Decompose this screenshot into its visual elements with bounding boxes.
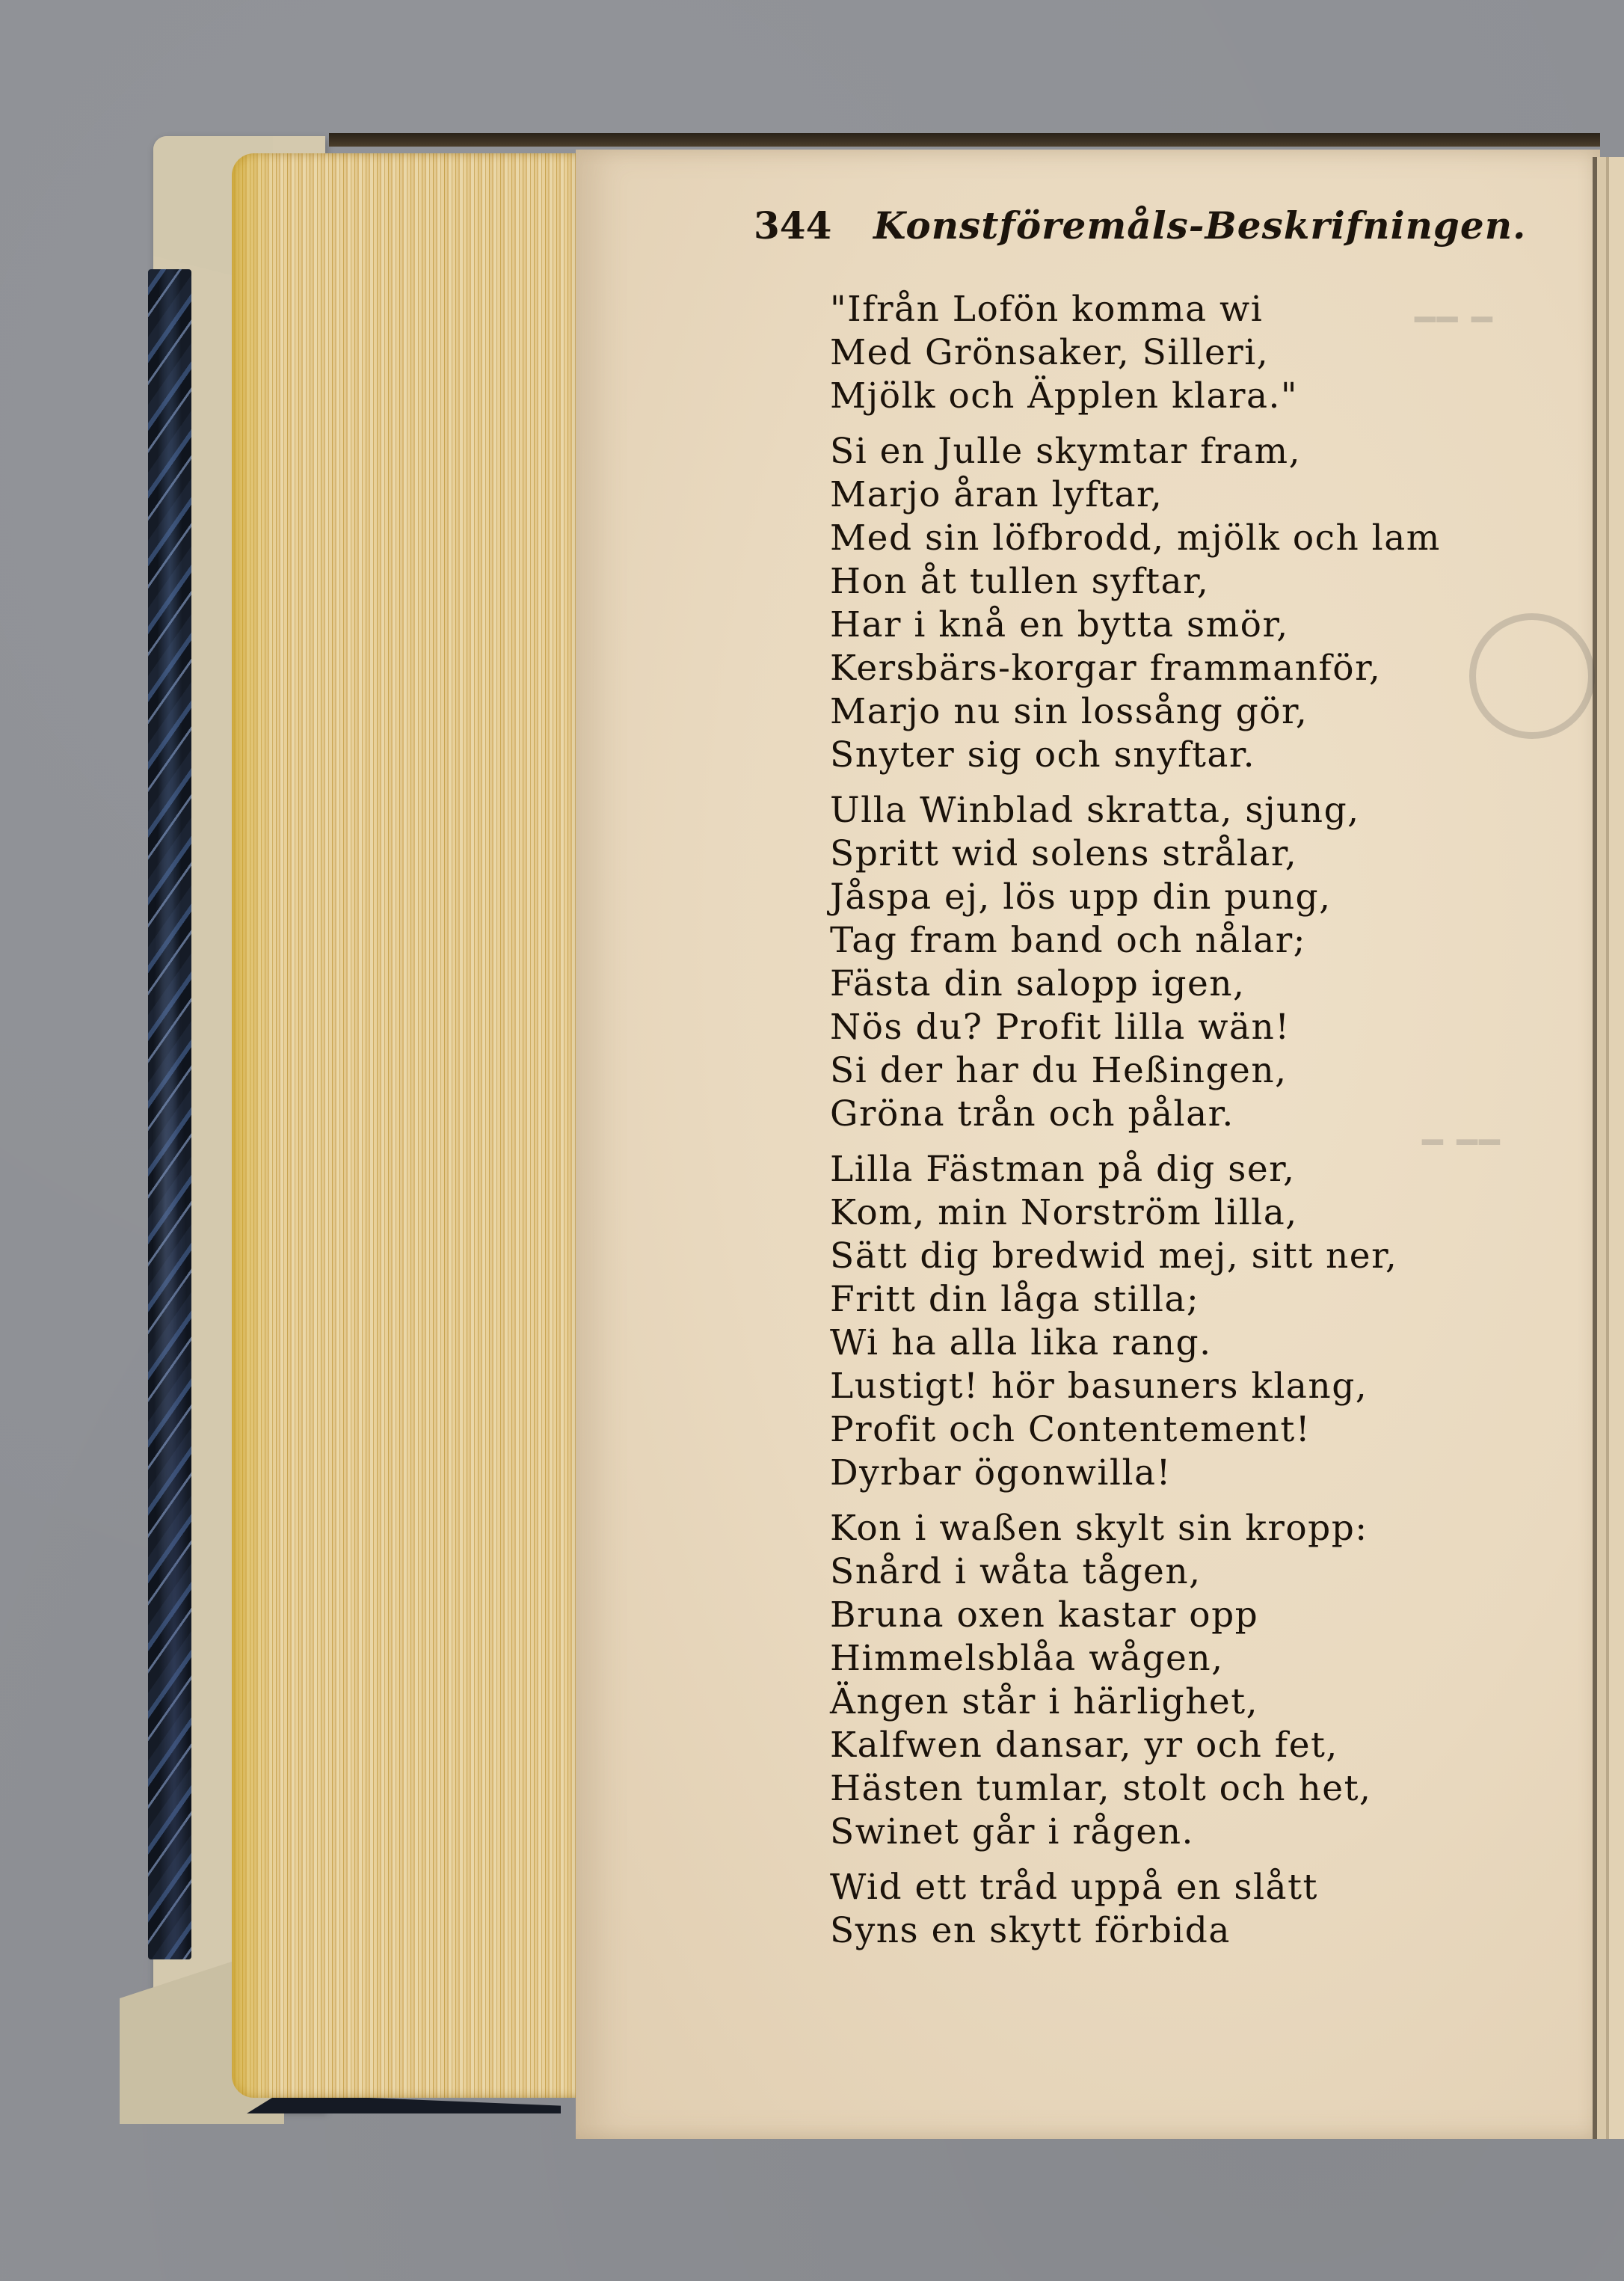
running-title: Konstföremåls-Beskrifningen. (873, 203, 1526, 248)
verse-line: Har i knå en bytta smör, (830, 604, 1540, 647)
verse-line: Hon åt tullen syftar, (830, 560, 1540, 604)
verse-line: Kalfwen dansar, yr och fet, (830, 1724, 1540, 1767)
verse-line: Marjo åran lyftar, (830, 473, 1540, 517)
verse-line: Med sin löfbrodd, mjölk och lam (830, 517, 1540, 560)
verse-line: Lustigt! hör basuners klang, (830, 1365, 1540, 1408)
marbled-cover-strip (148, 269, 191, 1959)
verse-line: Marjo nu sin lossång gör, (830, 690, 1540, 734)
page-header: 344 Konstföremåls-Beskrifningen. (754, 203, 1569, 248)
stanza: Wid ett tråd uppå en slått Syns en skytt… (830, 1866, 1540, 1953)
verse-line: Snård i wåta tågen, (830, 1550, 1540, 1594)
verse-line: Nös du? Profit lilla wän! (830, 1006, 1540, 1049)
verse-line: Syns en skytt förbida (830, 1909, 1540, 1953)
verse-line: Swinet går i rågen. (830, 1811, 1540, 1854)
stanza: Si en Julle skymtar fram, Marjo åran lyf… (830, 430, 1540, 777)
verse-line: Hästen tumlar, stolt och het, (830, 1767, 1540, 1811)
verse-line: Snyter sig och snyftar. (830, 734, 1540, 777)
poem-body: "Ifrån Lofön komma wi Med Grönsaker, Sil… (830, 288, 1540, 1965)
page-gutter-fold (1593, 157, 1624, 2139)
verse-line: Tag fram band och nålar; (830, 919, 1540, 963)
verse-line: Si der har du Heßingen, (830, 1049, 1540, 1093)
stanza: Ulla Winblad skratta, sjung, Spritt wid … (830, 789, 1540, 1136)
verse-line: Bruna oxen kastar opp (830, 1594, 1540, 1637)
verse-line: Si en Julle skymtar fram, (830, 430, 1540, 473)
verse-line: Spritt wid solens strålar, (830, 832, 1540, 876)
stanza: "Ifrån Lofön komma wi Med Grönsaker, Sil… (830, 288, 1540, 418)
top-binding-edge (329, 133, 1600, 147)
verse-line: Wi ha alla lika rang. (830, 1321, 1540, 1365)
verse-line: Ulla Winblad skratta, sjung, (830, 789, 1540, 832)
verse-line: Profit och Contentement! (830, 1408, 1540, 1452)
verse-line: Mjölk och Äpplen klara." (830, 375, 1540, 418)
verse-line: Fästa din salopp igen, (830, 963, 1540, 1006)
verse-line: Ängen står i härlighet, (830, 1680, 1540, 1724)
verse-line: Himmelsblåa wågen, (830, 1637, 1540, 1680)
stanza: Kon i waßen skylt sin kropp: Snård i wåt… (830, 1507, 1540, 1854)
verse-line: Fritt din låga stilla; (830, 1278, 1540, 1321)
verse-line: Jåspa ej, lös upp din pung, (830, 876, 1540, 919)
verse-line: Gröna trån och pålar. (830, 1093, 1540, 1136)
page-number: 344 (754, 203, 873, 248)
verse-line: Sätt dig bredwid mej, sitt ner, (830, 1235, 1540, 1278)
verse-line: Lilla Fästman på dig ser, (830, 1148, 1540, 1191)
verse-line: "Ifrån Lofön komma wi (830, 288, 1540, 331)
verse-line: Kersbärs-korgar frammanför, (830, 647, 1540, 690)
verse-line: Kom, min Norström lilla, (830, 1191, 1540, 1235)
verse-line: Kon i waßen skylt sin kropp: (830, 1507, 1540, 1550)
verse-line: Wid ett tråd uppå en slått (830, 1866, 1540, 1909)
stanza: Lilla Fästman på dig ser, Kom, min Norst… (830, 1148, 1540, 1495)
verse-line: Dyrbar ögonwilla! (830, 1452, 1540, 1495)
page-block-fore-edge (232, 153, 583, 2098)
verse-line: Med Grönsaker, Silleri, (830, 331, 1540, 375)
